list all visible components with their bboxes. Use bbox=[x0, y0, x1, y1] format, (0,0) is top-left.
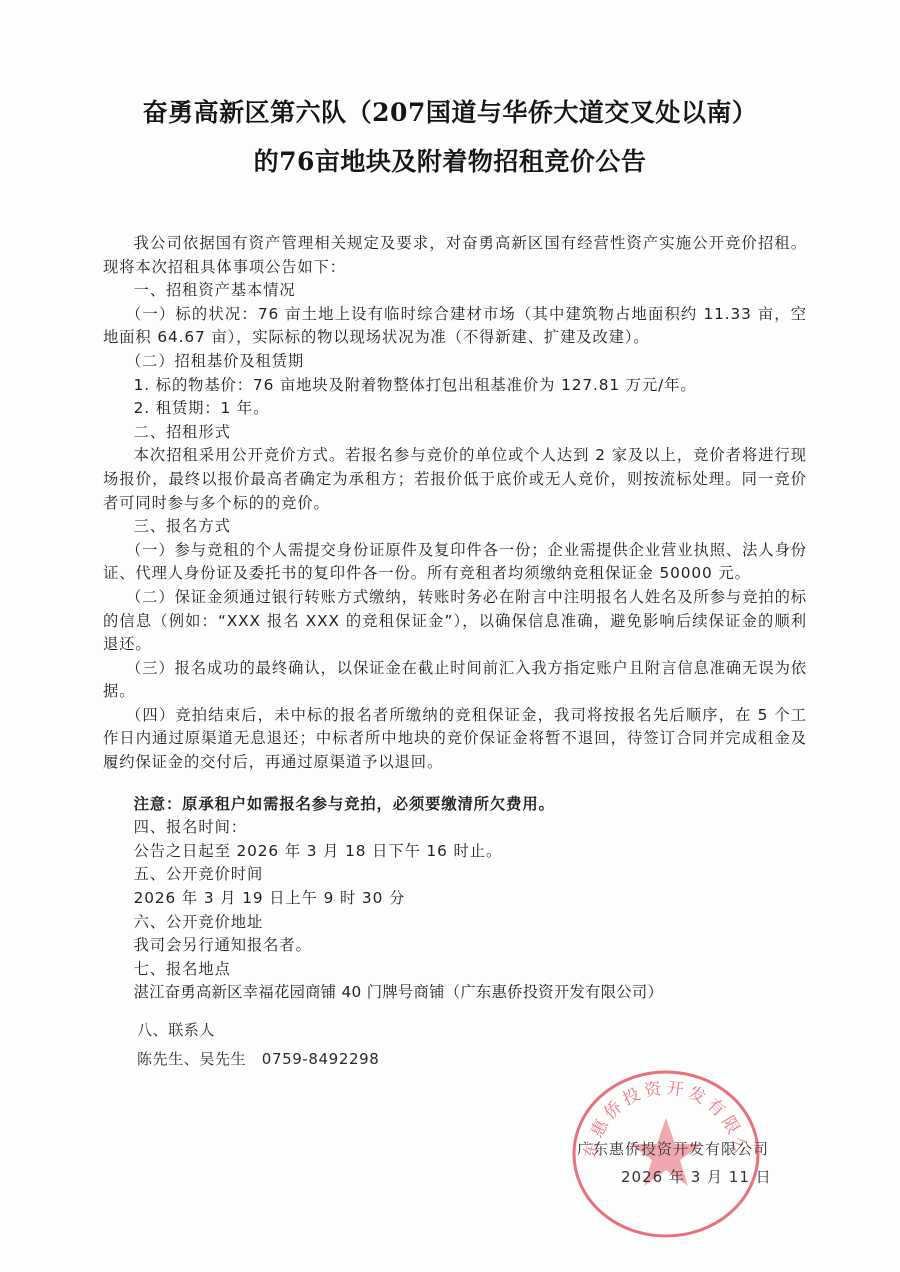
intro-paragraph: 我公司依据国有资产管理相关规定及要求，对奋勇高新区国有经营性资产实施公开竞价招租… bbox=[103, 232, 807, 279]
section-3-item-1: （一）参与竞租的个人需提交身份证原件及复印件各一份；企业需提供企业营业执照、法人… bbox=[103, 539, 807, 586]
announcement-page: 奋勇高新区第六队（207国道与华侨大道交叉处以南） 的76亩地块及附着物招租竞价… bbox=[0, 0, 900, 1272]
section-8-heading: 八、联系人 bbox=[137, 1019, 215, 1040]
section-5-heading: 五、公开竞价时间 bbox=[103, 863, 807, 887]
section-2-text: 本次招租采用公开竞价方式。若报名参与竞价的单位或个人达到 2 家及以上，竞价者将… bbox=[103, 444, 807, 515]
announcement-body: 我公司依据国有资产管理相关规定及要求，对奋勇高新区国有经营性资产实施公开竞价招租… bbox=[103, 232, 807, 1005]
section-3-heading: 三、报名方式 bbox=[103, 515, 807, 539]
lease-term-point: 2. 租赁期：1 年。 bbox=[103, 397, 807, 421]
section-3-item-3: （三）报名成功的最终确认，以保证金在截止时间前汇入我方指定账户且附言信息准确无误… bbox=[103, 657, 807, 704]
section-4-heading: 四、报名时间： bbox=[103, 816, 807, 840]
signature-date: 2026 年 3 月 11 日 bbox=[621, 1166, 772, 1187]
title-line-2: 的76亩地块及附着物招租竞价公告 bbox=[0, 142, 900, 178]
section-3-item-2: （二）保证金须通过银行转账方式缴纳，转账时务必在附言中注明报名人姓名及所参与竞拍… bbox=[103, 586, 807, 657]
section-1-heading: 一、招租资产基本情况 bbox=[103, 279, 807, 303]
section-6-text: 我司会另行通知报名者。 bbox=[103, 934, 807, 958]
base-price-point: 1. 标的物基价：76 亩地块及附着物整体打包出租基准价为 127.81 万元/… bbox=[103, 374, 807, 398]
title-line-1: 奋勇高新区第六队（207国道与华侨大道交叉处以南） bbox=[0, 93, 900, 129]
section-3-item-4: （四）竞拍结束后，未中标的报名者所缴纳的竞租保证金，我司将按报名先后顺序，在 5… bbox=[103, 704, 807, 775]
section-5-text: 2026 年 3 月 19 日上午 9 时 30 分 bbox=[103, 887, 807, 911]
section-2-heading: 二、招租形式 bbox=[103, 421, 807, 445]
section-4-text: 公告之日起至 2026 年 3 月 18 日下午 16 时止。 bbox=[103, 840, 807, 864]
contact-text: 陈先生、吴先生 0759-8492298 bbox=[137, 1048, 379, 1069]
notice-text: 注意：原承租户如需报名参与竞拍，必须要缴清所欠费用。 bbox=[103, 793, 807, 817]
section-7-heading: 七、报名地点 bbox=[103, 958, 807, 982]
spacer bbox=[103, 775, 807, 793]
section-1-item-2-heading: （二）招租基价及租赁期 bbox=[103, 350, 807, 374]
section-6-heading: 六、公开竞价地址 bbox=[103, 911, 807, 935]
section-1-item-1: （一）标的状况：76 亩土地上设有临时综合建材市场（其中建筑物占地面积约 11.… bbox=[103, 303, 807, 350]
signature-company: 广东惠侨投资开发有限公司 bbox=[577, 1138, 769, 1159]
section-7-text: 湛江奋勇高新区幸福花园商铺 40 门牌号商铺（广东惠侨投资开发有限公司） bbox=[103, 981, 807, 1005]
